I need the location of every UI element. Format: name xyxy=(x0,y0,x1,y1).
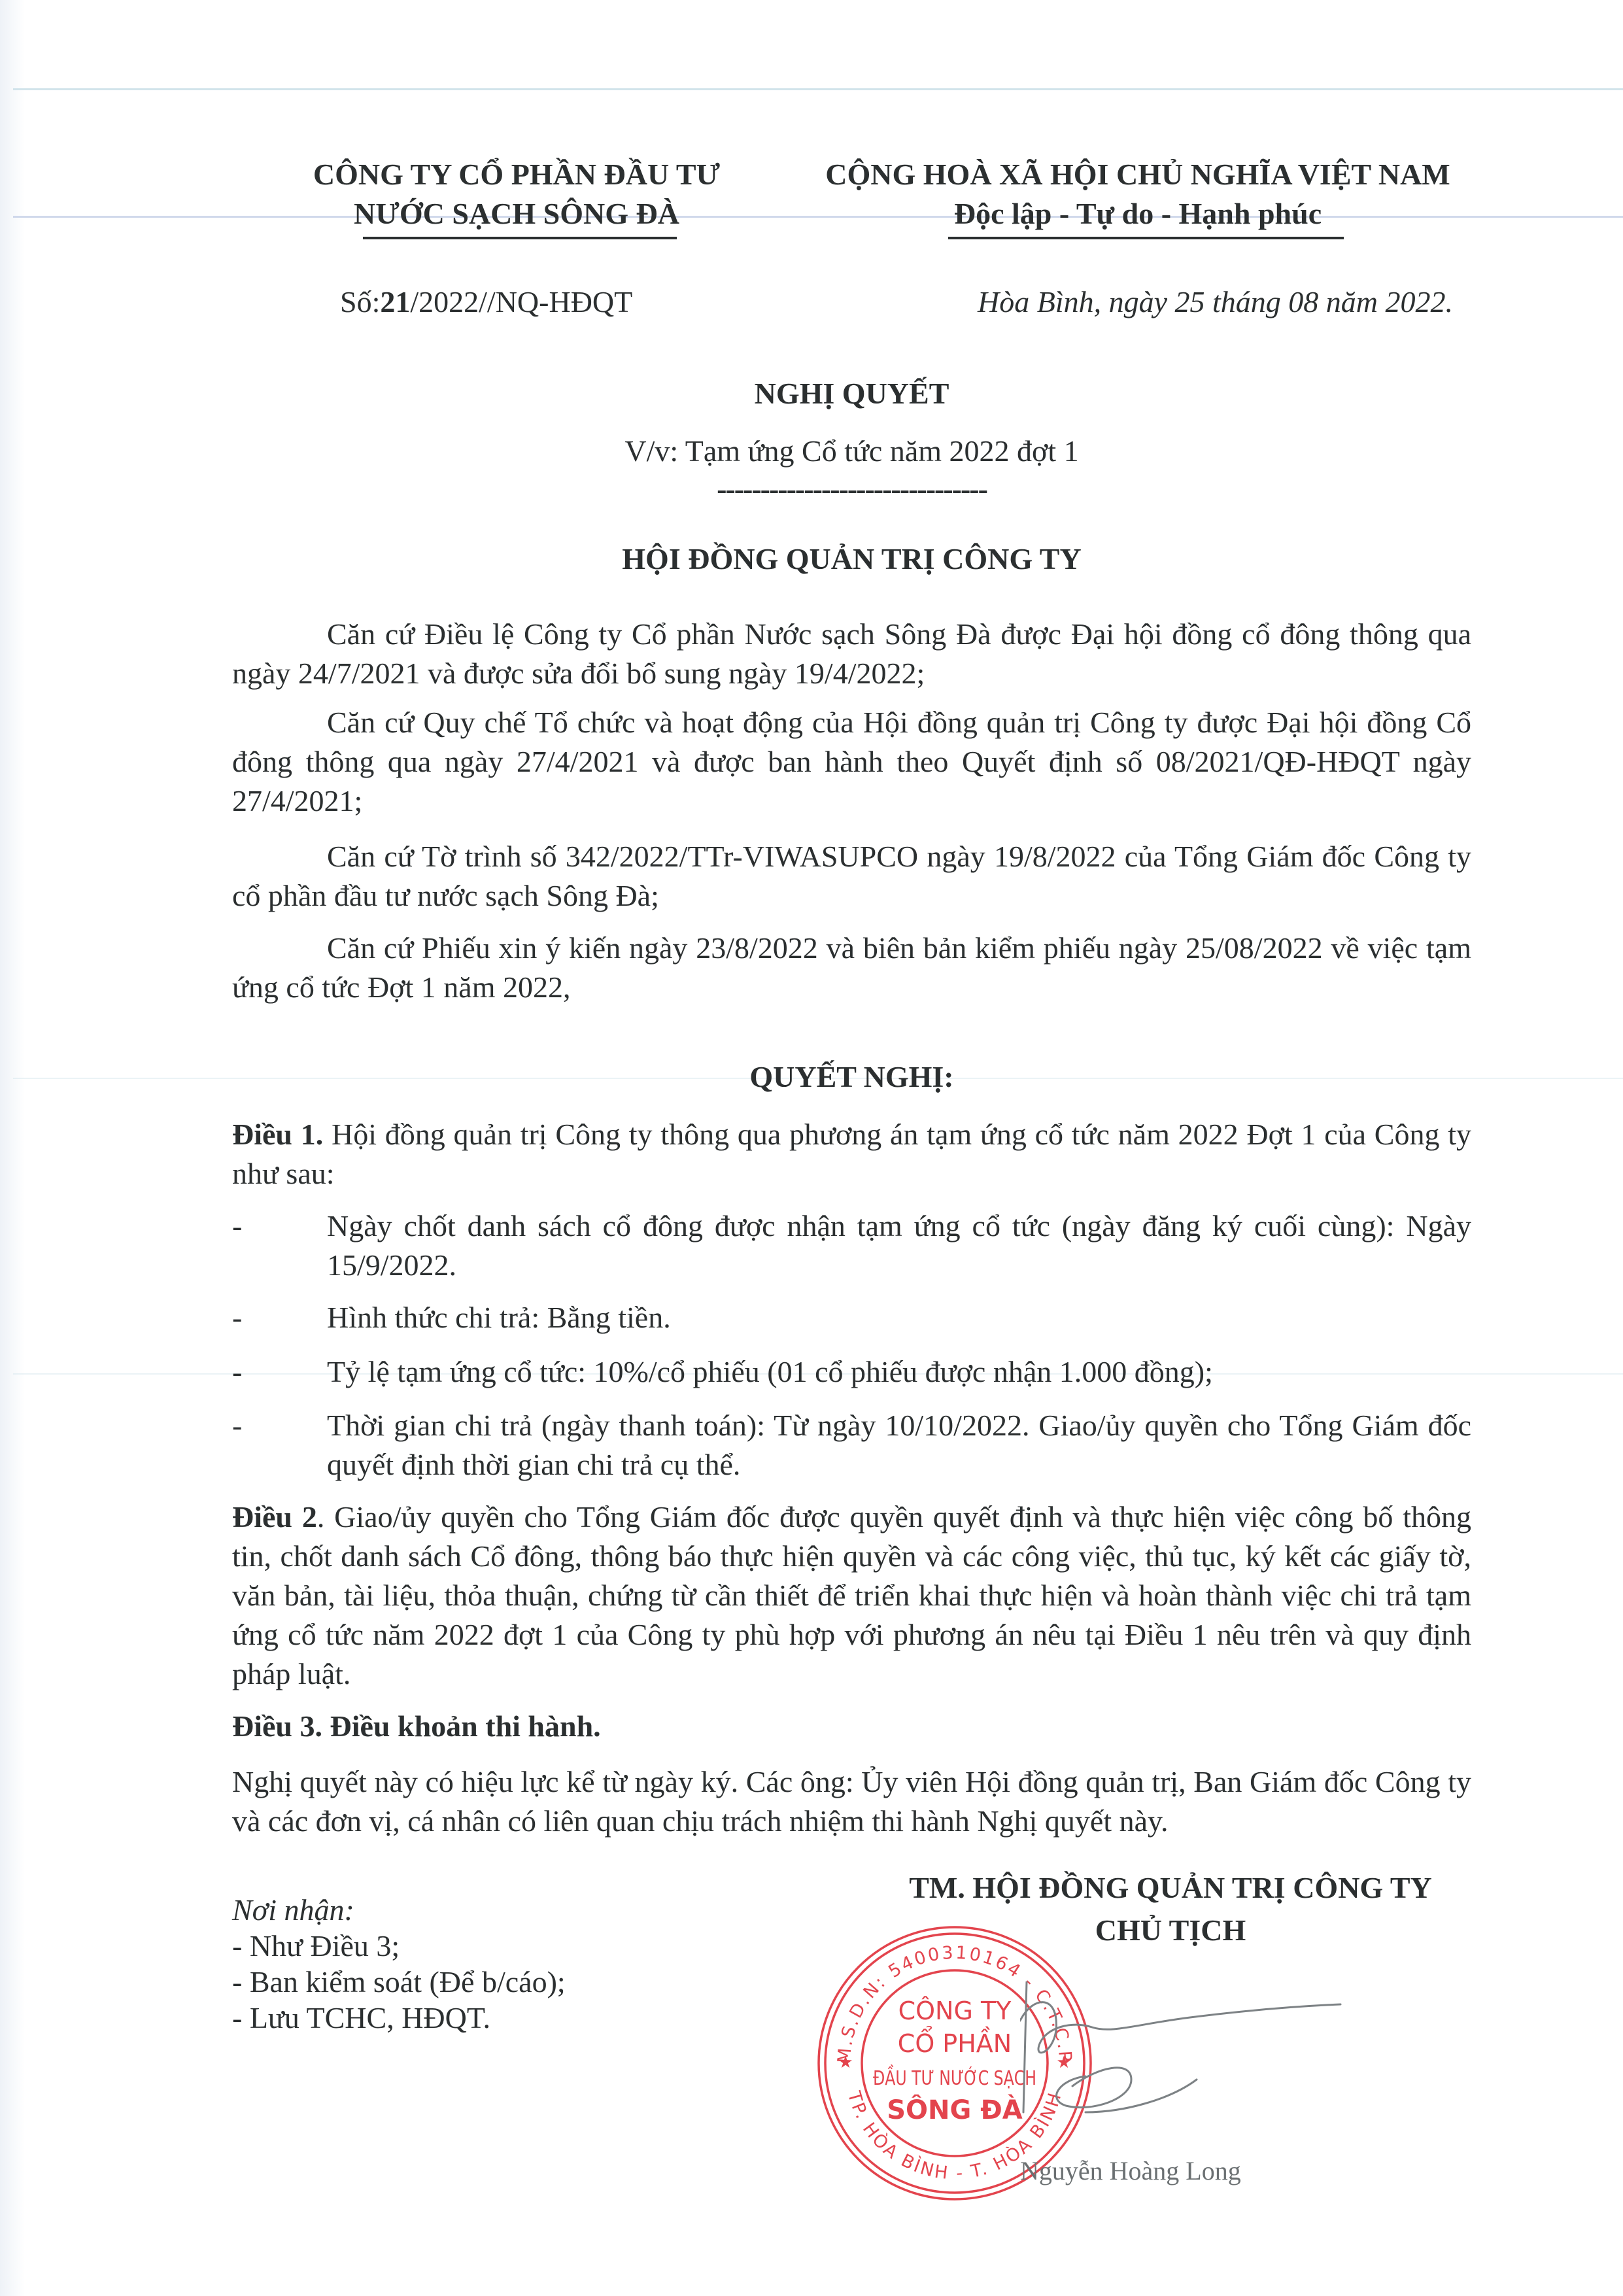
article-3-text: Nghị quyết này có hiệu lực kể từ ngày ký… xyxy=(232,1762,1471,1841)
bullet-dash: - xyxy=(232,1207,242,1246)
document-subject: V/v: Tạm ứng Cổ tức năm 2022 đợt 1 xyxy=(232,432,1471,471)
article-2: Điều 2. Giao/ủy quyền cho Tổng Giám đốc … xyxy=(232,1498,1471,1694)
document-title: NGHỊ QUYẾT xyxy=(232,376,1471,411)
bullet-dash: - xyxy=(232,1352,242,1392)
doc-number-prefix: Số: xyxy=(340,285,380,318)
bullet-dash: - xyxy=(232,1406,242,1445)
place-date: Hòa Bình, ngày 25 tháng 08 năm 2022. xyxy=(978,283,1453,322)
preamble-clause: Căn cứ Điều lệ Công ty Cổ phần Nước sạch… xyxy=(232,615,1471,693)
recipient-item: - Như Điều 3; xyxy=(232,1929,400,1963)
recipients-label: Nơi nhận: xyxy=(232,1893,354,1927)
svg-text:SÔNG ĐÀ: SÔNG ĐÀ xyxy=(887,2094,1023,2125)
svg-text:CỔ PHẦN: CỔ PHẦN xyxy=(898,2027,1012,2058)
article-1-text: Hội đồng quản trị Công ty thông qua phươ… xyxy=(232,1118,1471,1190)
org-name-line1: CÔNG TY CỔ PHẦN ĐẦU TƯ xyxy=(248,157,785,192)
nation-title: CỘNG HOÀ XÃ HỘI CHỦ NGHĨA VIỆT NAM xyxy=(778,157,1497,192)
article-2-label: Điều 2 xyxy=(232,1500,317,1534)
preamble-clause: Căn cứ Tờ trình số 342/2022/TTr-VIWASUPC… xyxy=(232,837,1471,916)
recipient-item: - Lưu TCHC, HĐQT. xyxy=(232,2001,490,2035)
article-1-item: Tỷ lệ tạm ứng cổ tức: 10%/cổ phiếu (01 c… xyxy=(327,1352,1471,1392)
doc-number-suffix: /2022//NQ-HĐQT xyxy=(410,285,632,318)
handwritten-signature-icon xyxy=(1020,1981,1360,2132)
document-number: Số:21/2022//NQ-HĐQT xyxy=(340,283,632,322)
svg-text:ĐẦU TƯ NƯỚC SẠCH: ĐẦU TƯ NƯỚC SẠCH xyxy=(873,2065,1036,2090)
scan-line-artifact xyxy=(13,88,1623,90)
article-1-item: Hình thức chi trả: Bằng tiền. xyxy=(327,1298,1471,1337)
article-1-item: Thời gian chi trả (ngày thanh toán): Từ … xyxy=(327,1406,1471,1484)
org-name-line2: NƯỚC SẠCH SÔNG ĐÀ xyxy=(248,196,785,231)
article-1: Điều 1. Hội đồng quản trị Công ty thông … xyxy=(232,1115,1471,1193)
scan-edge-shadow xyxy=(0,0,25,2296)
article-1-item: Ngày chốt danh sách cổ đông được nhận tạ… xyxy=(327,1207,1471,1285)
article-1-label: Điều 1. xyxy=(232,1118,323,1151)
nation-motto: Độc lập - Tự do - Hạnh phúc xyxy=(778,196,1497,231)
signature-on-behalf: TM. HỘI ĐỒNG QUẢN TRỊ CÔNG TY xyxy=(870,1870,1471,1905)
recipient-item: - Ban kiểm soát (Để b/cáo); xyxy=(232,1965,566,1999)
issuer-heading: HỘI ĐỒNG QUẢN TRỊ CÔNG TY xyxy=(232,541,1471,576)
preamble-clause: Căn cứ Phiếu xin ý kiến ngày 23/8/2022 v… xyxy=(232,929,1471,1007)
title-separator: ------------------------------- xyxy=(232,470,1471,509)
org-name-underline xyxy=(363,237,677,239)
article-3-heading: Điều 3. Điều khoản thi hành. xyxy=(232,1707,1471,1746)
article-2-text: . Giao/ủy quyền cho Tổng Giám đốc được q… xyxy=(232,1500,1471,1690)
resolution-heading: QUYẾT NGHỊ: xyxy=(232,1059,1471,1094)
preamble-clause: Căn cứ Quy chế Tổ chức và hoạt động của … xyxy=(232,703,1471,821)
doc-number-value: 21 xyxy=(380,285,410,318)
bullet-dash: - xyxy=(232,1298,242,1337)
svg-text:CÔNG TY: CÔNG TY xyxy=(898,1996,1012,2025)
nation-motto-underline xyxy=(948,237,1344,239)
svg-text:★: ★ xyxy=(838,2053,853,2072)
signer-name: Nguyễn Hoàng Long xyxy=(1020,2151,1241,2191)
